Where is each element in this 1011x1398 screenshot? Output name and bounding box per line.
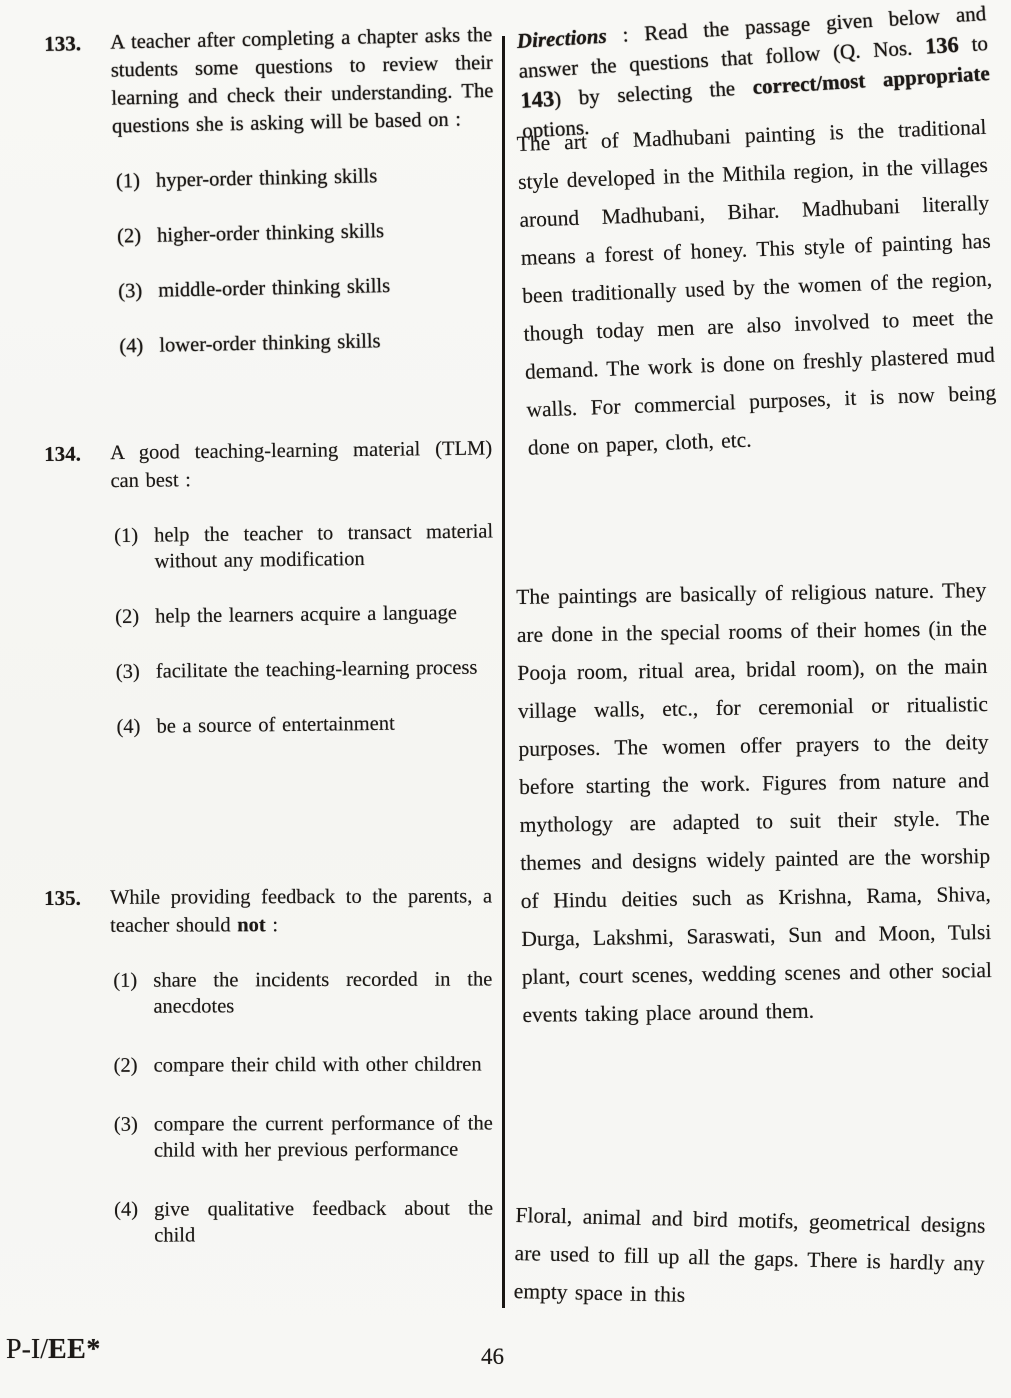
- page-number: 46: [481, 1344, 504, 1370]
- option-number: (3): [116, 659, 156, 685]
- option-text: help the teacher to transact material wi…: [154, 518, 494, 574]
- option-number: (2): [117, 223, 158, 250]
- option-row: (2) compare their child with other child…: [114, 1051, 493, 1078]
- question-number: 135.: [40, 884, 110, 940]
- option-number: (1): [116, 168, 157, 195]
- question-text: A teacher after completing a chapter ask…: [110, 21, 494, 141]
- question-number: 133.: [40, 29, 112, 142]
- option-text: compare the current performance of the c…: [154, 1110, 493, 1163]
- passage-paragraph-2: The paintings are basically of religious…: [516, 571, 993, 1034]
- question-133: 133. A teacher after completing a chapte…: [40, 21, 499, 390]
- passage-paragraph-3: Floral, animal and bird motifs, geometri…: [513, 1196, 985, 1321]
- option-text: hyper-order thinking skills: [156, 161, 495, 194]
- question-range-end: 143: [520, 86, 555, 113]
- option-number: (1): [113, 968, 153, 1020]
- option-number: (3): [118, 278, 159, 305]
- option-number: (4): [114, 1197, 154, 1249]
- option-row: (1) hyper-order thinking skills: [116, 161, 495, 195]
- option-text: middle-order thinking skills: [158, 271, 497, 304]
- option-text: be a source of entertainment: [156, 709, 495, 739]
- option-text: lower-order thinking skills: [159, 326, 498, 359]
- option-text: higher-order thinking skills: [157, 216, 496, 249]
- scanned-exam-page: 133. A teacher after completing a chapte…: [0, 0, 1011, 1398]
- options-list: (1) hyper-order thinking skills (2) high…: [116, 161, 499, 360]
- option-row: (1) share the incidents recorded in the …: [113, 966, 492, 1019]
- question-text: While providing feedback to the parents,…: [110, 882, 492, 939]
- option-row: (1) help the teacher to transact materia…: [114, 518, 494, 575]
- directions-separator: :: [606, 21, 645, 47]
- directions-text-segment: to: [958, 31, 989, 57]
- option-number: (1): [114, 523, 155, 575]
- question-number: 134.: [40, 439, 111, 496]
- question-text: A good teaching-learning material (TLM) …: [110, 434, 493, 495]
- question-range-start: 136: [924, 32, 959, 59]
- question-135: 135. While providing feedback to the par…: [40, 882, 493, 1282]
- directions-text-segment: ) by selecting the: [553, 75, 753, 111]
- directions-label: Directions: [516, 24, 607, 53]
- question-head: 135. While providing feedback to the par…: [40, 882, 492, 940]
- booklet-code: P-I/EE*: [6, 1334, 101, 1366]
- options-list: (1) share the incidents recorded in the …: [113, 966, 493, 1248]
- column-divider-rule: [502, 36, 505, 1308]
- booklet-code-series: EE*: [48, 1334, 101, 1365]
- options-list: (1) help the teacher to transact materia…: [114, 518, 496, 740]
- option-row: (3) facilitate the teaching-learning pro…: [116, 654, 495, 685]
- passage-paragraph-1: The art of Madhubani painting is the tra…: [516, 108, 998, 467]
- bold-word: not: [237, 914, 266, 936]
- option-row: (4) give qualitative feedback about the …: [114, 1195, 493, 1248]
- option-row: (3) middle-order thinking skills: [118, 271, 497, 305]
- option-text: help the learners acquire a language: [155, 599, 494, 629]
- option-number: (2): [114, 1053, 154, 1079]
- option-text: facilitate the teaching-learning process: [156, 654, 495, 684]
- question-134: 134. A good teaching-learning material (…: [40, 434, 496, 769]
- option-number: (2): [115, 604, 155, 630]
- option-number: (3): [114, 1112, 154, 1164]
- option-row: (3) compare the current performance of t…: [114, 1110, 493, 1163]
- option-text: compare their child with other children: [154, 1051, 493, 1078]
- question-head: 133. A teacher after completing a chapte…: [40, 21, 494, 142]
- left-column: 133. A teacher after completing a chapte…: [40, 0, 492, 1398]
- option-number: (4): [119, 333, 160, 360]
- option-text: give qualitative feedback about the chil…: [154, 1195, 493, 1248]
- booklet-code-prefix: P-I/: [6, 1334, 48, 1365]
- option-row: (2) higher-order thinking skills: [117, 216, 496, 250]
- option-row: (4) lower-order thinking skills: [119, 326, 498, 360]
- question-text-segment: While providing feedback to the parents,…: [110, 885, 492, 936]
- option-number: (4): [116, 714, 156, 740]
- question-text-segment: :: [266, 914, 278, 936]
- question-head: 134. A good teaching-learning material (…: [40, 434, 493, 496]
- option-row: (4) be a source of entertainment: [116, 709, 495, 740]
- option-text: share the incidents recorded in the anec…: [153, 966, 492, 1019]
- right-column: Directions : Read the passage given belo…: [516, 0, 986, 1398]
- option-row: (2) help the learners acquire a language: [115, 599, 494, 630]
